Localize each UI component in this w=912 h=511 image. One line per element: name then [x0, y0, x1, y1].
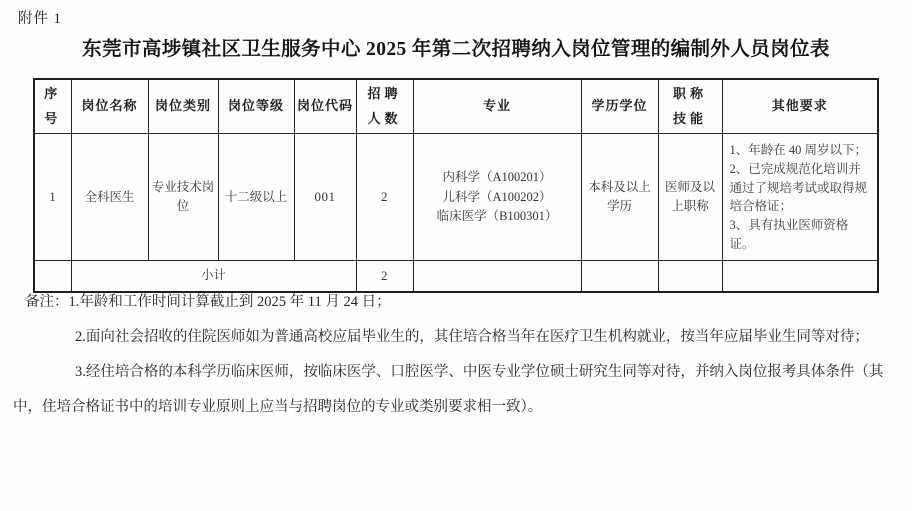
position-row: 1 全科医生 专业技术岗位 十二级以上 001 2 内科学（A100201） 儿… [34, 134, 878, 261]
notes: 备注：1.年龄和工作时间计算截止到 2025 年 11 月 24 日； 2.面向… [13, 285, 901, 425]
header-post-code: 岗位代码 [294, 79, 356, 134]
positions-table: 序号 岗位名称 岗位类别 岗位等级 岗位代码 招聘人数 专业 学历学位 职称技能… [33, 78, 879, 293]
document-title: 东莞市高埗镇社区卫生服务中心 2025 年第二次招聘纳入岗位管理的编制外人员岗位… [0, 33, 912, 61]
header-major: 专业 [413, 79, 581, 134]
header-row: 序号 岗位名称 岗位类别 岗位等级 岗位代码 招聘人数 专业 学历学位 职称技能… [34, 79, 878, 134]
cell-title-skill: 医师及以上职称 [658, 134, 722, 261]
cell-other-requirements: 1、年龄在 40 周岁以下； 2、已完成规范化培训并通过了规培考试或取得规培合格… [722, 134, 878, 261]
header-title-skill: 职称技能 [658, 79, 722, 134]
attachment-label: 附件 1 [18, 7, 62, 28]
header-seq: 序号 [34, 79, 71, 134]
note-line-1: 备注：1.年龄和工作时间计算截止到 2025 年 11 月 24 日； [13, 285, 901, 320]
cell-seq: 1 [34, 134, 71, 261]
header-post-name: 岗位名称 [71, 79, 148, 134]
page: 附件 1 东莞市高埗镇社区卫生服务中心 2025 年第二次招聘纳入岗位管理的编制… [0, 0, 912, 511]
header-education: 学历学位 [581, 79, 658, 134]
cell-post-grade: 十二级以上 [218, 134, 294, 261]
header-post-category: 岗位类别 [148, 79, 218, 134]
note-line-3: 3.经住培合格的本科学历临床医师，按临床医学、口腔医学、中医专业学位硕士研究生同… [13, 355, 901, 425]
header-headcount: 招聘人数 [356, 79, 413, 134]
cell-majors: 内科学（A100201） 儿科学（A100202） 临床医学（B100301） [413, 134, 581, 261]
note-line-2: 2.面向社会招收的住院医师如为普通高校应届毕业生的，其住培合格当年在医疗卫生机构… [13, 320, 901, 355]
note-text-1: 1.年龄和工作时间计算截止到 2025 年 11 月 24 日； [69, 294, 391, 310]
cell-post-code: 001 [294, 134, 356, 261]
notes-prefix: 备注： [25, 294, 69, 310]
cell-post-name: 全科医生 [71, 134, 148, 261]
header-other-requirements: 其他要求 [722, 79, 878, 134]
cell-post-category: 专业技术岗位 [148, 134, 218, 261]
cell-headcount: 2 [356, 134, 413, 261]
cell-education: 本科及以上学历 [581, 134, 658, 261]
header-post-grade: 岗位等级 [218, 79, 294, 134]
